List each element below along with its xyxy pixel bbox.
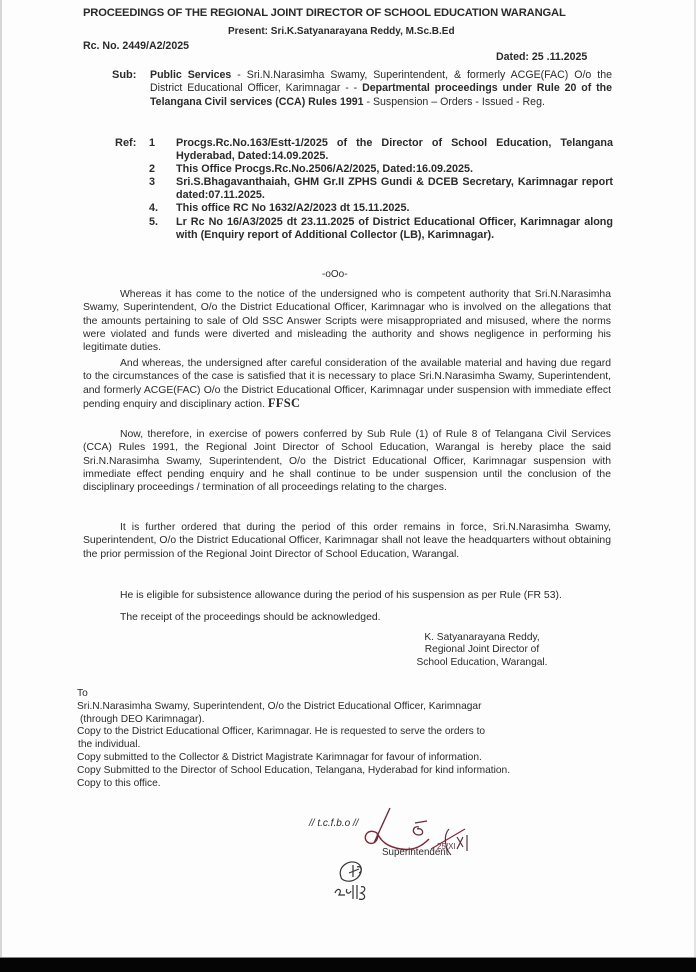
ffsc-stamp: FFSC (268, 396, 300, 410)
reference-item: 4.This office RC No 1632/A2/2023 dt 15.1… (149, 202, 613, 215)
subject-lead: Public Services (150, 69, 231, 81)
reference-item: 1Procgs.Rc.No.163/Estt-1/2025 of the Dir… (149, 137, 613, 163)
recipient-line: Copy submitted to the Collector & Distri… (77, 752, 577, 765)
recipient-line: the individual. (77, 739, 577, 752)
paragraph-now-therefore: Now, therefore, in exercise of powers co… (83, 428, 611, 494)
separator: -oOo- (322, 268, 348, 281)
recipients-block: To Sri.N.Narasimha Swamy, Superintendent… (77, 688, 577, 790)
reference-item: 5.Lr Rc No 16/A3/2025 dt 23.11.2025 of D… (149, 216, 613, 242)
to-label: To (77, 688, 577, 701)
initials-icon (327, 855, 387, 905)
signatory-name: K. Satyanarayana Reddy, (407, 632, 557, 644)
document-date: Dated: 25 .11.2025 (496, 51, 587, 64)
recipient-line: Copy to the District Educational Officer… (77, 726, 577, 739)
paragraph-further-ordered: It is further ordered that during the pe… (83, 521, 611, 561)
signatory-designation: Regional Joint Director of (407, 644, 557, 656)
paragraph-receipt: The receipt of the proceedings should be… (83, 611, 611, 624)
recipient-line: Copy Submitted to the Director of School… (77, 765, 577, 778)
reference-item: 2This Office Procgs.Rc.No.2506/A2/2025, … (149, 163, 613, 176)
signatory-block: K. Satyanarayana Reddy, Regional Joint D… (407, 632, 557, 669)
reference-number: Rc. No. 2449/A2/2025 (83, 40, 189, 53)
recipient-line: Sri.N.Narasimha Swamy, Superintendent, O… (77, 701, 577, 714)
tcfbo-mark: // t.c.f.b.o // (309, 817, 358, 830)
document-title: PROCEEDINGS OF THE REGIONAL JOINT DIRECT… (83, 7, 566, 20)
bottom-bar (0, 957, 696, 972)
references-label: Ref: (115, 137, 136, 150)
paragraph-and-whereas: And whereas, the undersigned after caref… (83, 357, 611, 411)
subject-text: Public Services - Sri.N.Narasimha Swamy,… (150, 69, 612, 109)
subject-label: Sub: (112, 69, 136, 82)
present-line: Present: Sri.K.Satyanarayana Reddy, M.Sc… (228, 25, 455, 38)
paragraph-whereas: Whereas it has come to the notice of the… (83, 288, 611, 354)
superintendent-label: Superintendent (382, 846, 448, 859)
subject-part-2: - Suspension – Orders - Issued - Reg. (364, 96, 545, 108)
recipient-line: Copy to this office. (77, 778, 577, 791)
paragraph-subsistence: He is eligible for subsistence allowance… (83, 589, 611, 602)
document-page: PROCEEDINGS OF THE REGIONAL JOINT DIRECT… (0, 0, 696, 957)
recipient-line: (through DEO Karimnagar). (77, 714, 577, 727)
signatory-office: School Education, Warangal. (407, 657, 557, 669)
references-list: 1Procgs.Rc.No.163/Estt-1/2025 of the Dir… (149, 137, 613, 242)
reference-item: 3Sri.S.Bhagavanthaiah, GHM Gr.II ZPHS Gu… (149, 176, 613, 202)
